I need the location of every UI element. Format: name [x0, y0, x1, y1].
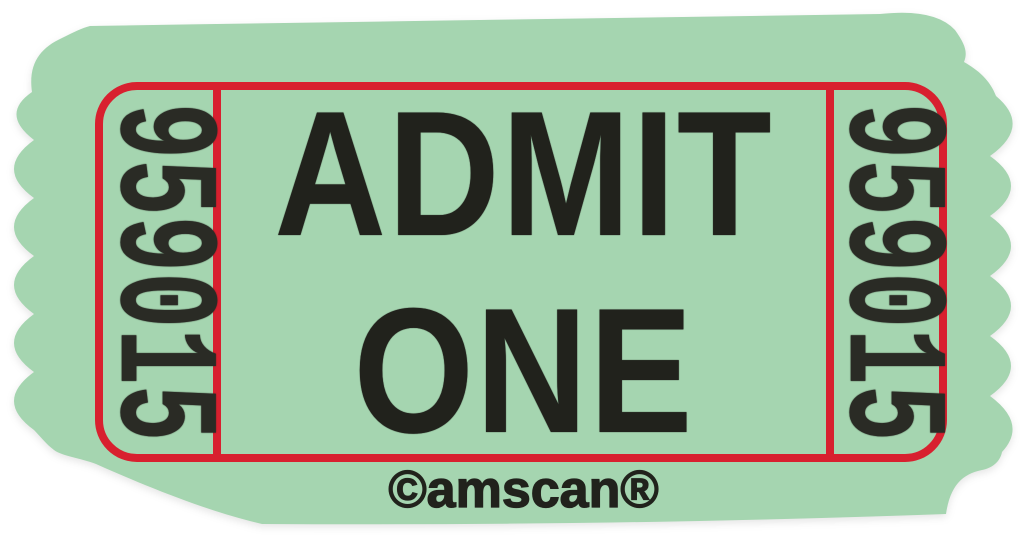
ticket-body: ADMIT ONE [221, 82, 826, 462]
brand-text: ©amscan® [388, 460, 658, 520]
left-stub: 959015 [102, 90, 214, 454]
right-stub: 959015 [831, 90, 943, 454]
brand-mark: ©amscan® [221, 460, 826, 520]
one-text: ONE [353, 283, 694, 458]
serial-number-left: 959015 [77, 103, 238, 441]
serial-number-right: 959015 [806, 103, 967, 441]
ticket-photo: 959015 959015 ADMIT ONE ©amscan® [0, 0, 1024, 545]
admit-text: ADMIT [274, 86, 773, 261]
